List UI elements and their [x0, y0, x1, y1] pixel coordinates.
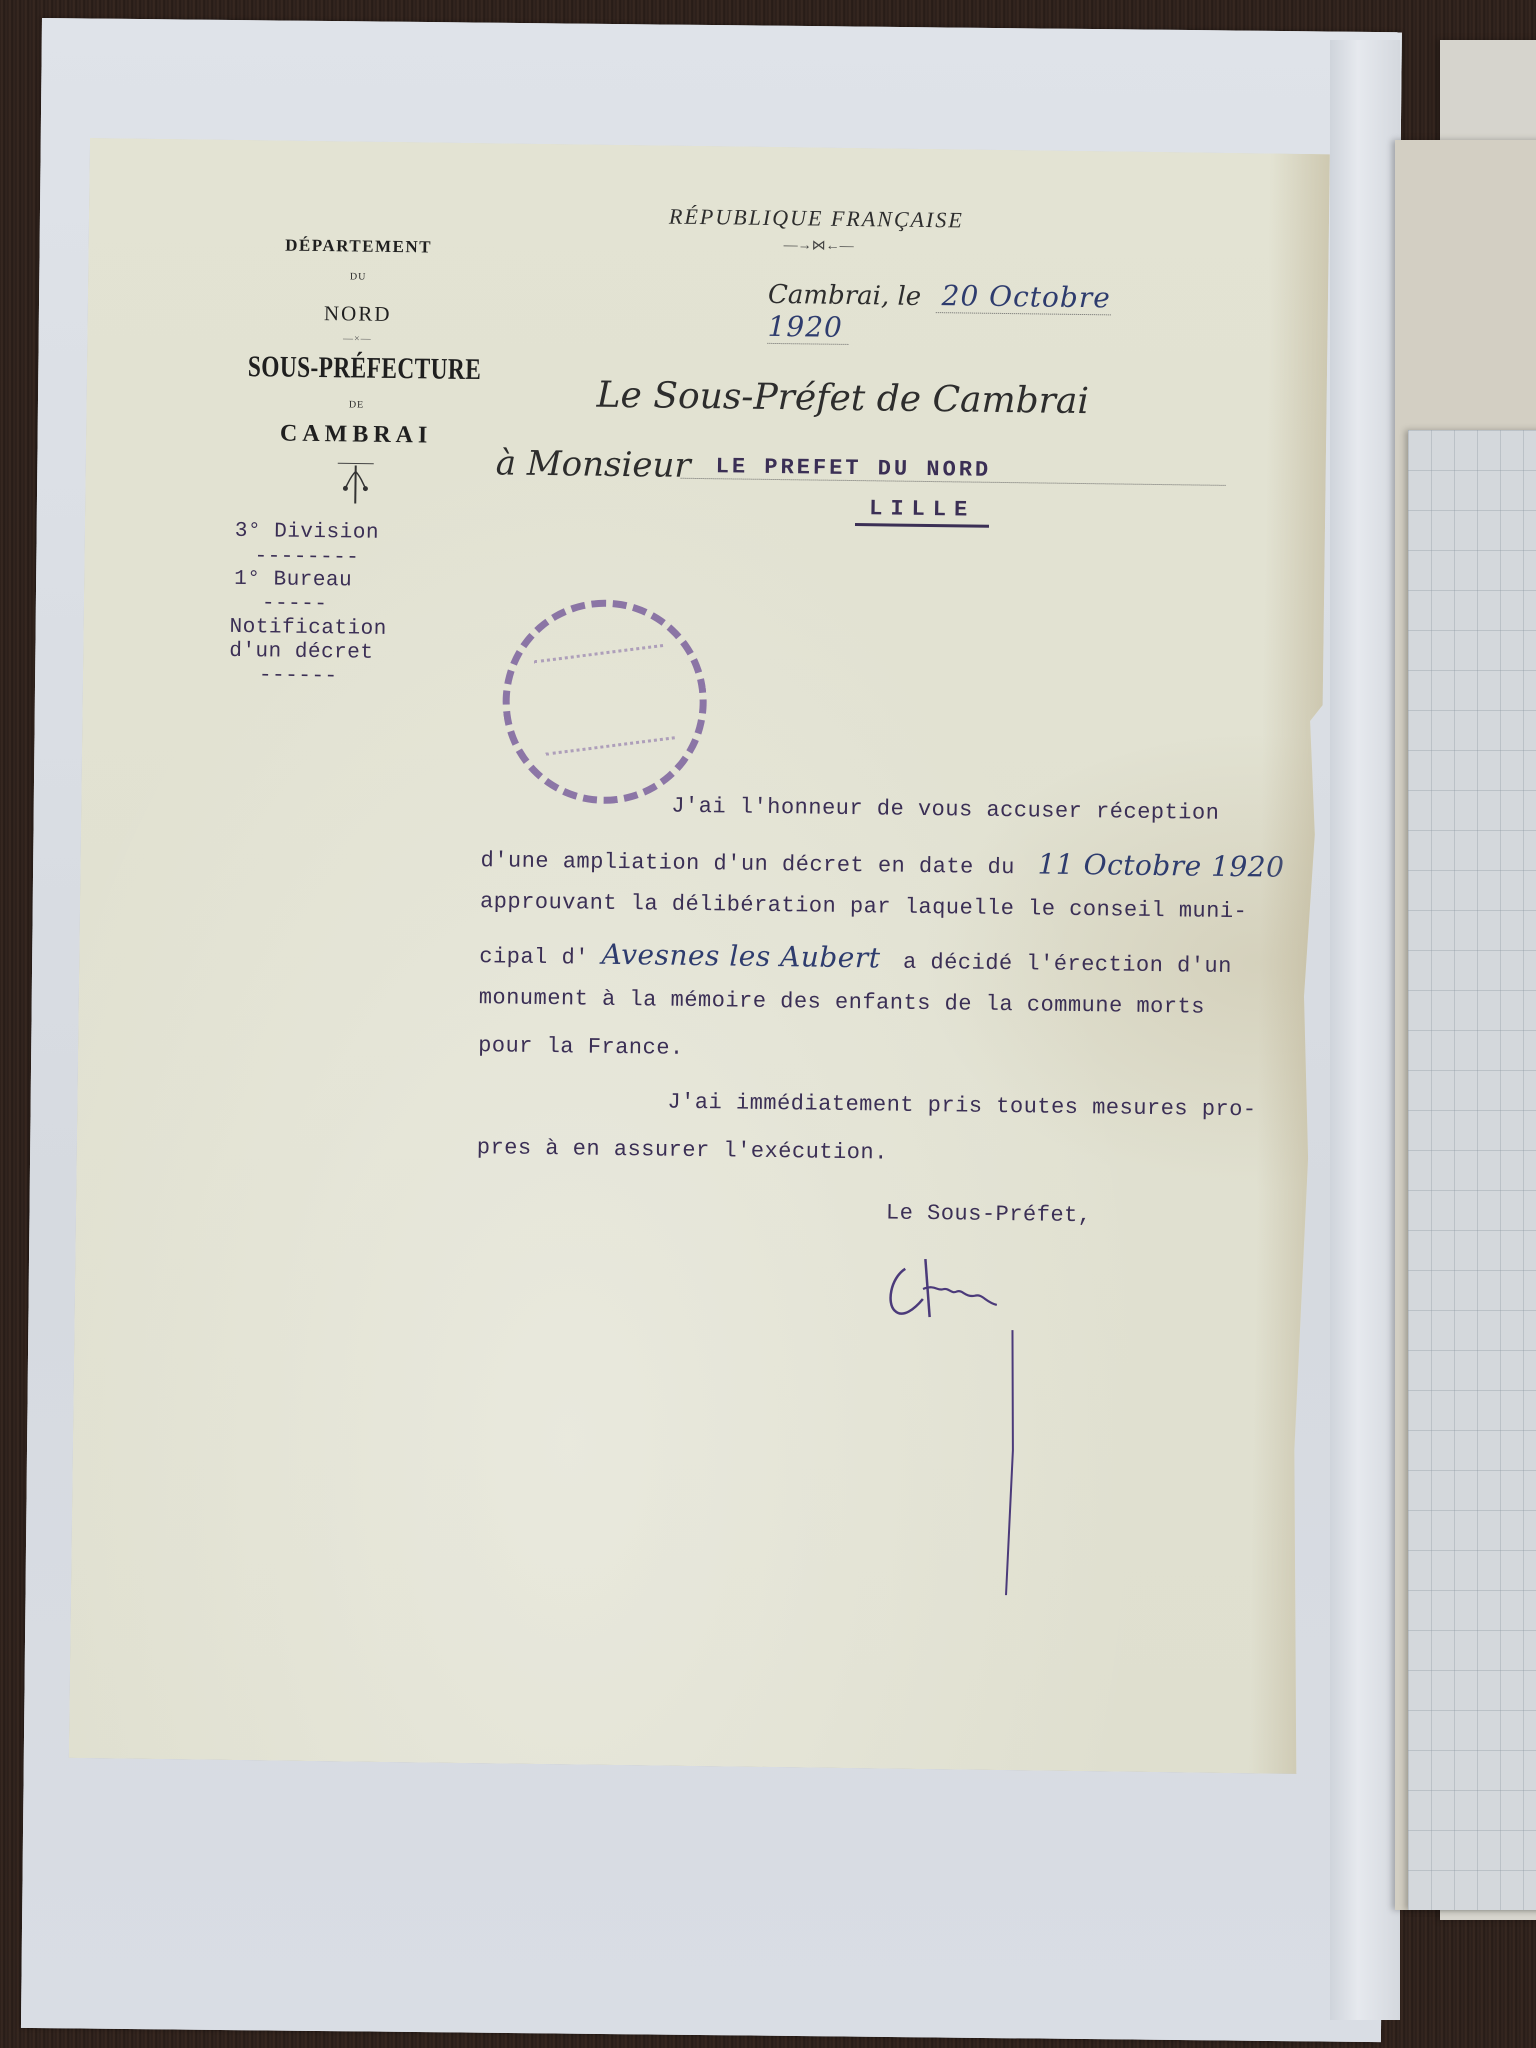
- commune-handwritten: Avesnes les Aubert: [601, 938, 880, 975]
- body-line-4-prefix: cipal d': [479, 944, 589, 970]
- recipient-prefix: à Monsieur: [496, 443, 691, 486]
- reference-bureau-rule: -----: [262, 592, 328, 616]
- decree-date-handwritten: 11 Octobre 1920: [1037, 847, 1284, 883]
- reference-bureau: 1° Bureau: [234, 568, 352, 593]
- body-line-8: pres à en assurer l'exécution.: [477, 1135, 888, 1165]
- received-stamp: [491, 588, 719, 816]
- reference-subject-line1: Notification: [229, 616, 387, 641]
- body-line-1: J'ai l'honneur de vous accuser réception: [671, 794, 1219, 826]
- sender-title: Le Sous-Préfet de Cambrai: [596, 375, 1089, 422]
- body-line-7: J'ai immédiatement pris toutes mesures p…: [667, 1090, 1256, 1123]
- recipient-line: à Monsieur LE PREFET DU NORD: [496, 443, 1226, 487]
- closing-signoff: Le Sous-Préfet,: [886, 1201, 1092, 1229]
- grid-paper-page: [1408, 430, 1536, 1910]
- stamp-inner: [534, 644, 675, 756]
- recipient-city: LILLE: [855, 496, 989, 528]
- body-line-4-suffix: a décidé l'érection d'un: [903, 950, 1232, 979]
- letterhead-de: DE: [216, 398, 496, 413]
- letterhead-nord: NORD: [218, 300, 498, 329]
- letterhead-separator: —×—: [217, 332, 497, 347]
- body-line-4: cipal d' Avesnes les Aubert a décidé l'é…: [479, 936, 1232, 979]
- republic-ornament: —→⋈←—: [784, 237, 854, 255]
- place-date-line: Cambrai, le 20 Octobre 1920: [768, 277, 1168, 318]
- body-line-5: monument à la mémoire des enfants de la …: [479, 985, 1205, 1020]
- signature-icon: [881, 1249, 1056, 1611]
- body-line-2: d'une ampliation d'un décret en date du …: [480, 840, 1284, 884]
- body-line-6: pour la France.: [478, 1033, 684, 1061]
- reference-division: 3° Division: [235, 520, 379, 545]
- reference-subject-rule: ------: [259, 664, 338, 688]
- body-line-2-text: d'une ampliation d'un décret en date du: [480, 848, 1015, 880]
- place-prefix: Cambrai, le: [768, 280, 922, 312]
- reference-division-rule: --------: [254, 545, 359, 569]
- letterhead-sous-prefecture: SOUS-PRÉFECTURE: [248, 350, 467, 387]
- letterhead-departement: DÉPARTEMENT: [218, 235, 498, 259]
- reference-subject-line2: d'un décret: [229, 640, 373, 665]
- letterhead-du: DU: [218, 270, 498, 285]
- letter-sheet: DÉPARTEMENT DU NORD —×— SOUS-PRÉFECTURE …: [69, 138, 1330, 1774]
- letterhead-cambrai: CAMBRAI: [216, 420, 496, 451]
- republic-heading: RÉPUBLIQUE FRANÇAISE: [669, 204, 964, 234]
- folder-fold: [1330, 40, 1400, 2020]
- fleur-ornament-icon: [335, 459, 376, 506]
- body-line-3: approuvant la délibération par laquelle …: [480, 889, 1248, 924]
